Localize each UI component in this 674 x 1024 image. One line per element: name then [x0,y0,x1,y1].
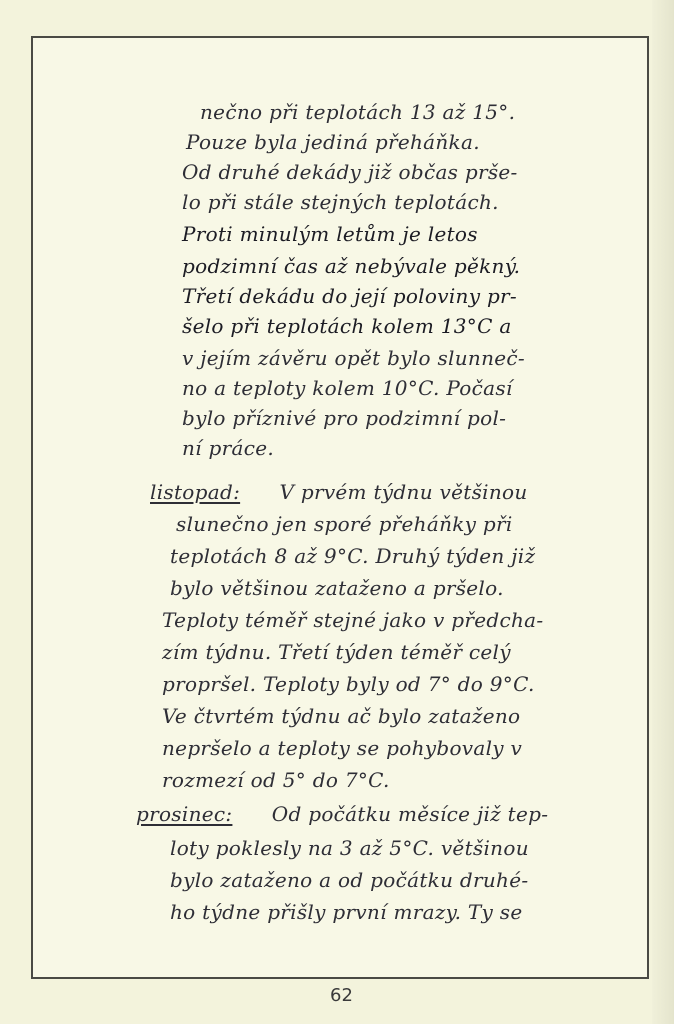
first-line-text: V prvém týdnu většinou [279,480,527,504]
text-line: no a teploty kolem 10°C. Počasí [182,376,513,400]
text-line: nepršelo a teploty se pohybovaly v [162,736,522,760]
text-line: Ve čtvrtém týdnu ač bylo zataženo [162,704,520,728]
text-line: prosinec: Od počátku měsíce již tep- [136,802,548,826]
text-line: loty poklesly na 3 až 5°C. většinou [170,836,529,860]
text-line: zím týdnu. Třetí týden téměř celý [162,640,511,664]
page-number: 62 [330,985,353,1006]
text-line: rozmezí od 5° do 7°C. [162,768,390,792]
first-line-text: Od počátku měsíce již tep- [272,802,549,826]
text-line: lo při stále stejných teplotách. [182,190,499,214]
text-line: propršel. Teploty byly od 7° do 9°C. [162,672,535,696]
text-line: teplotách 8 až 9°C. Druhý týden již [170,544,535,568]
text-line: Teploty téměř stejné jako v předcha- [162,608,543,632]
text-line: Pouze byla jediná přeháňka. [186,130,480,154]
text-line: nečno při teplotách 13 až 15°. [200,100,515,124]
text-line: ho týdne přišly první mrazy. Ty se [170,900,523,924]
text-line: Od druhé dekády již občas prše- [182,160,518,184]
month-label-december: prosinec: [136,802,232,826]
text-line: Třetí dekádu do její poloviny pr- [182,284,517,308]
text-line: v jejím závěru opět bylo slunneč- [182,346,525,370]
text-line: bylo příznivé pro podzimní pol- [182,406,506,430]
text-line: bylo zataženo a od počátku druhé- [170,868,528,892]
text-line: šelo při teplotách kolem 13°C a [182,314,512,338]
text-line: ní práce. [182,436,274,460]
page-fold-shadow [652,0,674,1024]
text-line: bylo většinou zataženo a pršelo. [170,576,504,600]
month-label-november: listopad: [150,480,240,504]
text-line: podzimní čas až nebývale pěkný. [182,254,520,278]
text-line: Proti minulým letům je letos [182,222,478,246]
text-line: listopad: V prvém týdnu většinou [150,480,528,504]
text-line: slunečno jen sporé přeháňky při [176,512,513,536]
